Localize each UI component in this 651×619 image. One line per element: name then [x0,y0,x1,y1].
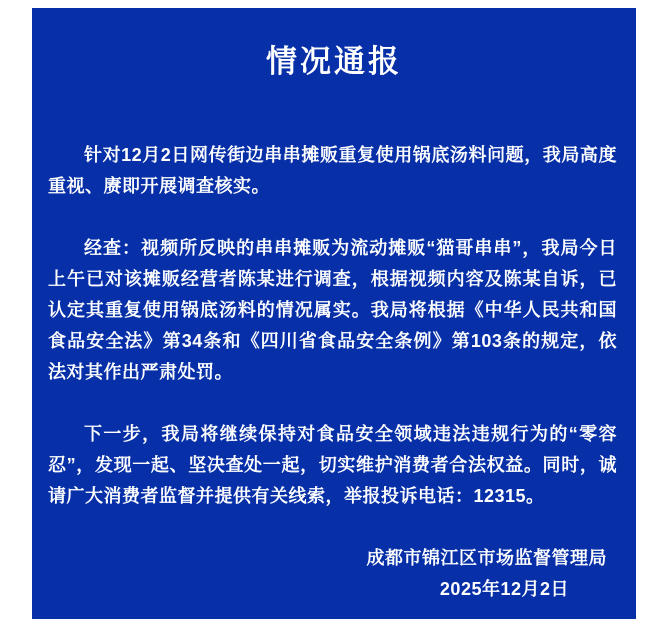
notice-body: 针对12月2日网传街边串串摊贩重复使用锅底汤料问题，我局高度重视、赓即开展调查核… [32,140,636,605]
notice-paragraph-2: 经查：视频所反映的串串摊贩为流动摊贩“猫哥串串”，我局今日上午已对该摊贩经营者陈… [48,233,617,388]
notice-paragraph-1: 针对12月2日网传街边串串摊贩重复使用锅底汤料问题，我局高度重视、赓即开展调查核… [48,140,617,202]
notice-panel: 情况通报 针对12月2日网传街边串串摊贩重复使用锅底汤料问题，我局高度重视、赓即… [32,8,636,619]
notice-paragraph-3: 下一步，我局将继续保持对食品安全领域违法违规行为的“零容忍”，发现一起、坚决查处… [48,419,617,512]
notice-screenshot: 情况通报 针对12月2日网传街边串串摊贩重复使用锅底汤料问题，我局高度重视、赓即… [0,0,651,619]
notice-title: 情况通报 [32,46,636,78]
signature-block: 成都市锦江区市场监督管理局 2025年12月2日 [48,543,617,605]
signature-agency: 成都市锦江区市场监督管理局 [48,543,617,574]
signature-date: 2025年12月2日 [48,574,617,605]
